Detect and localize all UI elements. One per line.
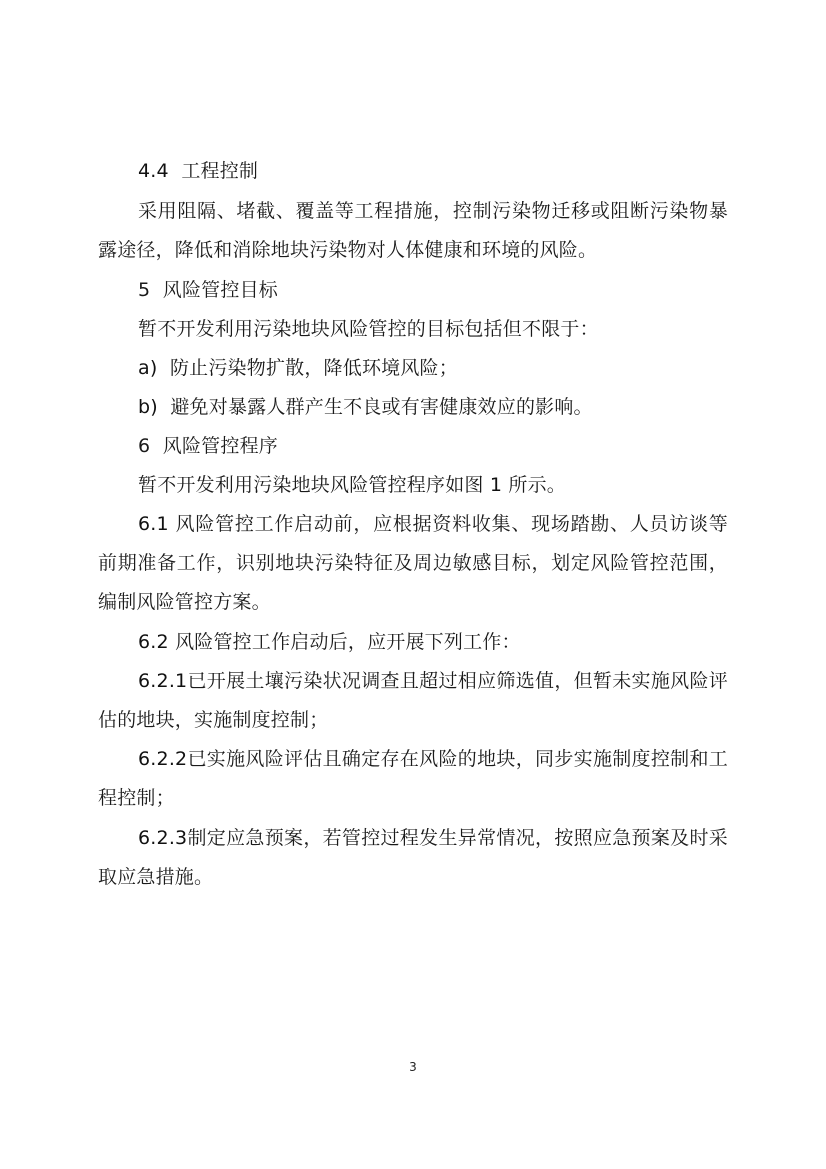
- subsection-number: 6.2: [138, 631, 169, 653]
- subsection-6-2-3-line: 6.2.3制定应急预案，若管控过程发生异常情况，按照应急预案及时采: [138, 825, 728, 851]
- subsection-text: 已开展土壤污染状况调查且超过相应筛选值，但暂未实施风险评: [187, 670, 728, 692]
- list-item-a: a) 防止污染物扩散，降低环境风险；: [138, 355, 728, 381]
- subsection-number: 6.2.2: [138, 748, 187, 770]
- subsection-text: 风险管控工作启动前，应根据资料收集、现场踏勘、人员访谈等: [176, 513, 728, 535]
- subsection-number: 6.2.1: [138, 670, 187, 692]
- subsection-6-2-1-line: 6.2.1已开展土壤污染状况调查且超过相应筛选值，但暂未实施风险评: [138, 668, 728, 694]
- intro-text: 所示。: [508, 474, 566, 496]
- subsection-text: 制定应急预案，若管控过程发生异常情况，按照应急预案及时采: [187, 827, 728, 849]
- subsection-number: 6.1: [138, 513, 169, 535]
- paragraph-line: 暂不开发利用污染地块风险管控的目标包括但不限于：: [138, 316, 728, 342]
- section-number: 5: [138, 279, 150, 301]
- page-number: 3: [0, 1060, 826, 1074]
- paragraph-line: 编制风险管控方案。: [98, 589, 728, 615]
- list-marker: a): [138, 357, 157, 379]
- list-item-b: b) 避免对暴露人群产生不良或有害健康效应的影响。: [138, 394, 728, 420]
- list-marker: b): [138, 396, 158, 418]
- intro-text: 暂不开发利用污染地块风险管控程序如图: [138, 474, 484, 496]
- section-heading-5: 5 风险管控目标: [138, 277, 728, 303]
- paragraph-line: 取应急措施。: [98, 864, 728, 890]
- paragraph-line: 估的地块，实施制度控制；: [98, 707, 728, 733]
- subsection-text: 已实施风险评估且确定存在风险的地块，同步实施制度控制和工: [187, 748, 728, 770]
- section-title: 工程控制: [181, 160, 258, 182]
- subsection-6-2-2-line: 6.2.2已实施风险评估且确定存在风险的地块，同步实施制度控制和工: [138, 746, 728, 772]
- section-title: 风险管控目标: [163, 279, 278, 301]
- paragraph-line: 采用阻隔、堵截、覆盖等工程措施，控制污染物迁移或阻断污染物暴: [138, 198, 728, 224]
- section-heading-4-4: 4.4 工程控制: [138, 158, 728, 184]
- list-text: 避免对暴露人群产生不良或有害健康效应的影响。: [170, 396, 592, 418]
- section-title: 风险管控程序: [163, 435, 278, 457]
- list-text: 防止污染物扩散，降低环境风险；: [170, 357, 458, 379]
- subsection-6-2-line: 6.2 风险管控工作启动后，应开展下列工作：: [138, 629, 728, 655]
- section-number: 4.4: [138, 160, 169, 182]
- paragraph-line: 程控制；: [98, 785, 728, 811]
- paragraph-line: 暂不开发利用污染地块风险管控程序如图 1 所示。: [138, 472, 728, 498]
- section-number: 6: [138, 435, 150, 457]
- section-heading-6: 6 风险管控程序: [138, 433, 728, 459]
- paragraph-line: 前期准备工作，识别地块污染特征及周边敏感目标，划定风险管控范围，: [98, 550, 728, 576]
- subsection-number: 6.2.3: [138, 827, 187, 849]
- document-page: 4.4 工程控制 采用阻隔、堵截、覆盖等工程措施，控制污染物迁移或阻断污染物暴 …: [0, 0, 826, 1169]
- figure-reference: 1: [490, 474, 502, 496]
- subsection-text: 风险管控工作启动后，应开展下列工作：: [175, 631, 521, 653]
- subsection-6-1-line: 6.1 风险管控工作启动前，应根据资料收集、现场踏勘、人员访谈等: [138, 511, 728, 537]
- paragraph-line: 露途径，降低和消除地块污染物对人体健康和环境的风险。: [98, 237, 728, 263]
